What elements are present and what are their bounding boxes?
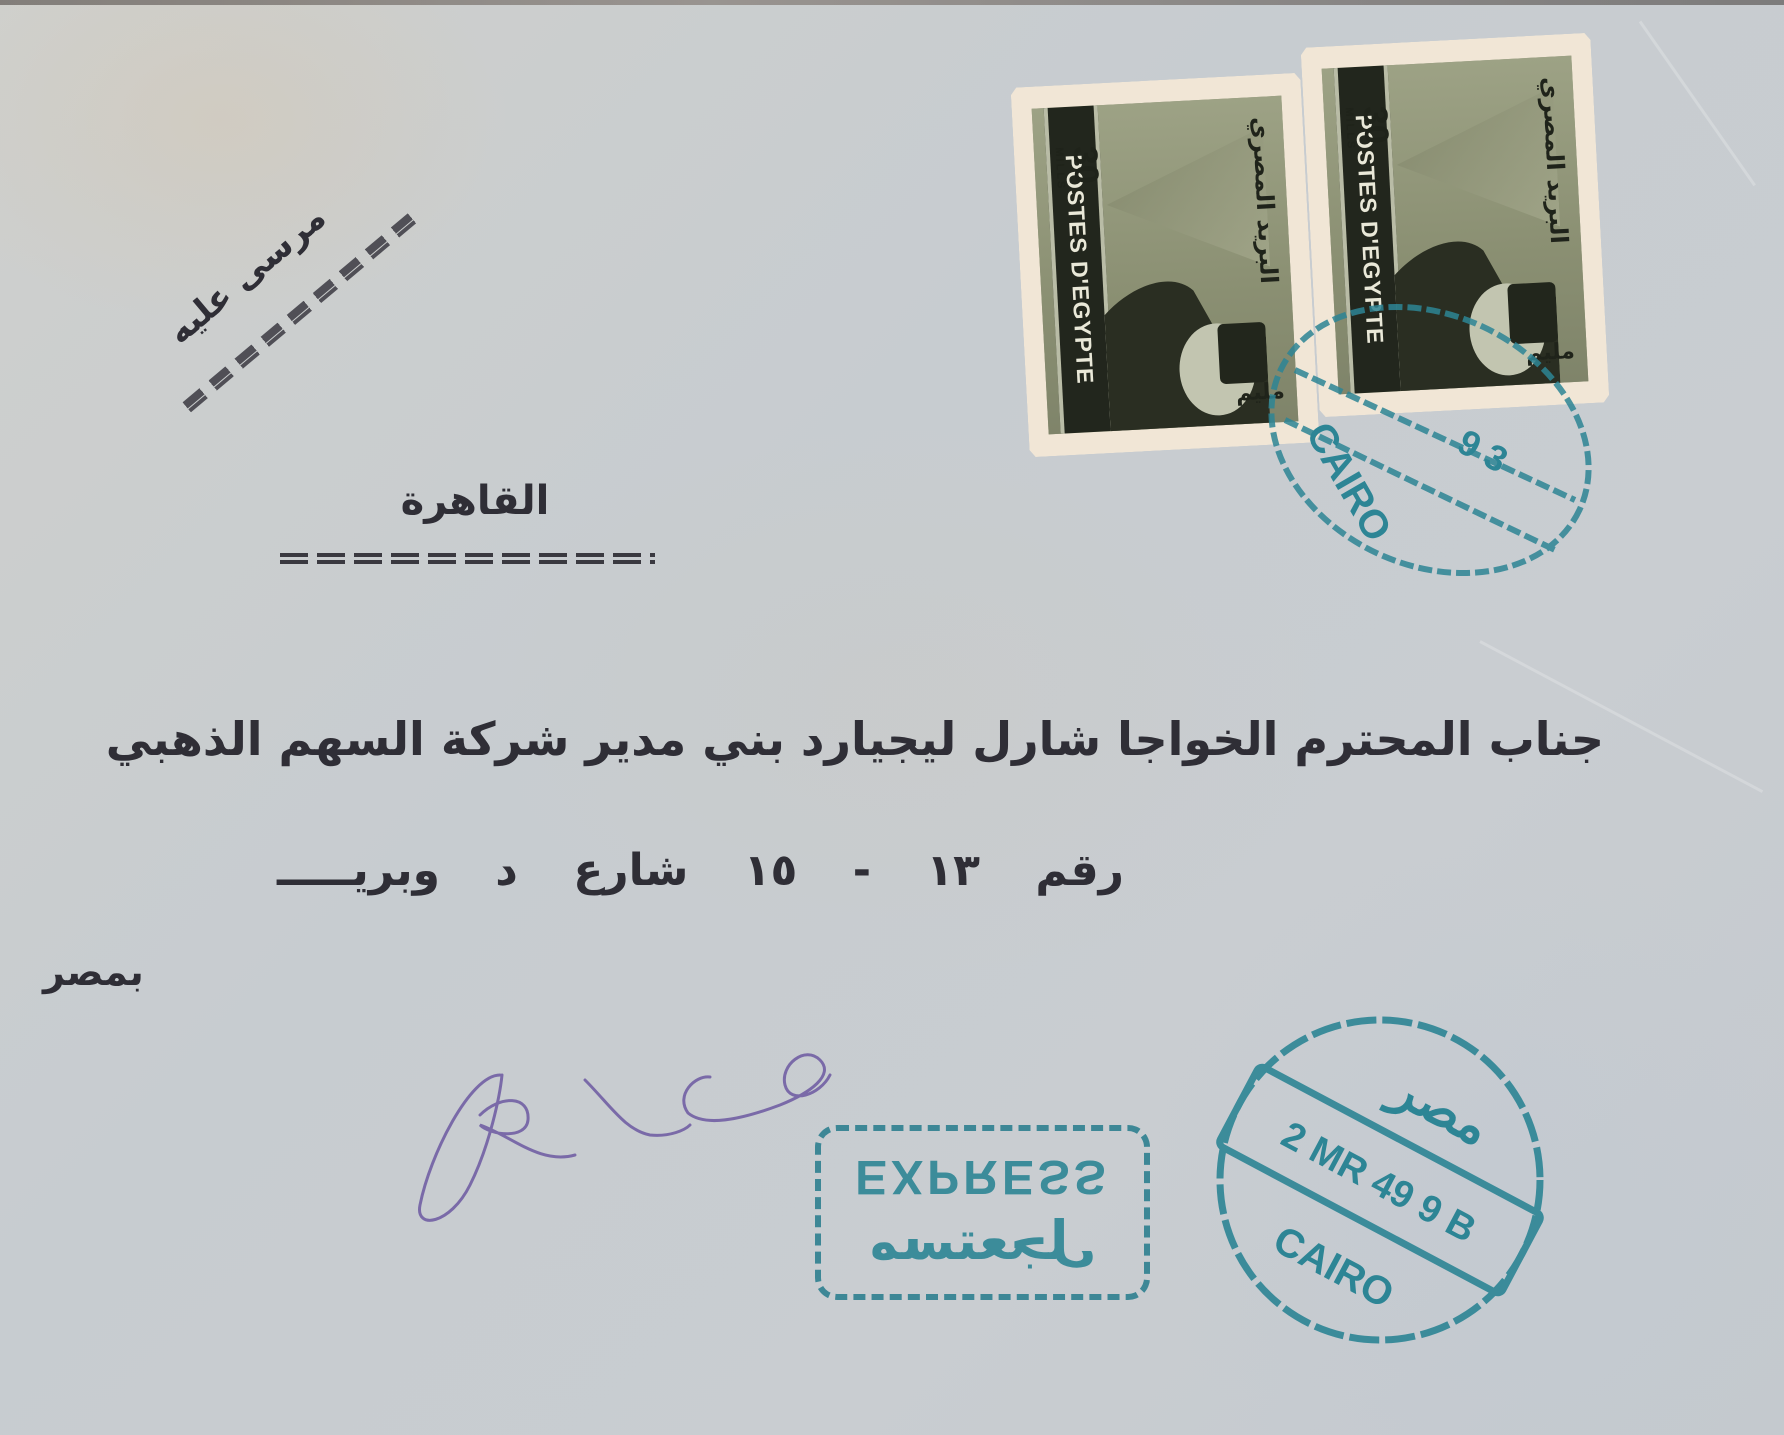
destination-city: القاهرة xyxy=(360,478,590,524)
pyramid-icon xyxy=(1393,87,1560,235)
king-portrait-icon xyxy=(1102,267,1271,434)
routing-note: مرسى عليه xyxy=(160,197,334,352)
express-arabic-label: مستعجل xyxy=(821,1209,1144,1272)
stamp-value: 30MILLS xyxy=(1343,105,1396,151)
envelope-top-edge xyxy=(0,0,1784,5)
cancel-postmark-top: CAIRO 9 3 xyxy=(1255,300,1625,590)
stamp-value: 30MILLS xyxy=(1053,145,1106,191)
pyramid-icon xyxy=(1103,127,1270,275)
envelope-crease xyxy=(1639,21,1756,187)
destination-country: بمصر xyxy=(43,950,144,994)
svg-text:9 3: 9 3 xyxy=(1451,421,1514,481)
address-line: رقم ١٣ - ١٥ شارع د وبريـــــ xyxy=(277,845,1124,896)
svg-text:CAIRO: CAIRO xyxy=(1297,415,1400,549)
svg-text:مصر: مصر xyxy=(1379,1057,1500,1159)
signature xyxy=(410,1035,840,1235)
express-label: EXPRESS xyxy=(821,1149,1144,1204)
express-cachet: EXPRESS مستعجل xyxy=(815,1125,1150,1300)
dated-postmark: 2 MR 49 9 B CAIRO مصر xyxy=(1210,1010,1550,1350)
city-underline xyxy=(280,553,655,557)
recipient-line: جناب المحترم الخواجا شارل ليجيارد بني مد… xyxy=(106,712,1604,766)
